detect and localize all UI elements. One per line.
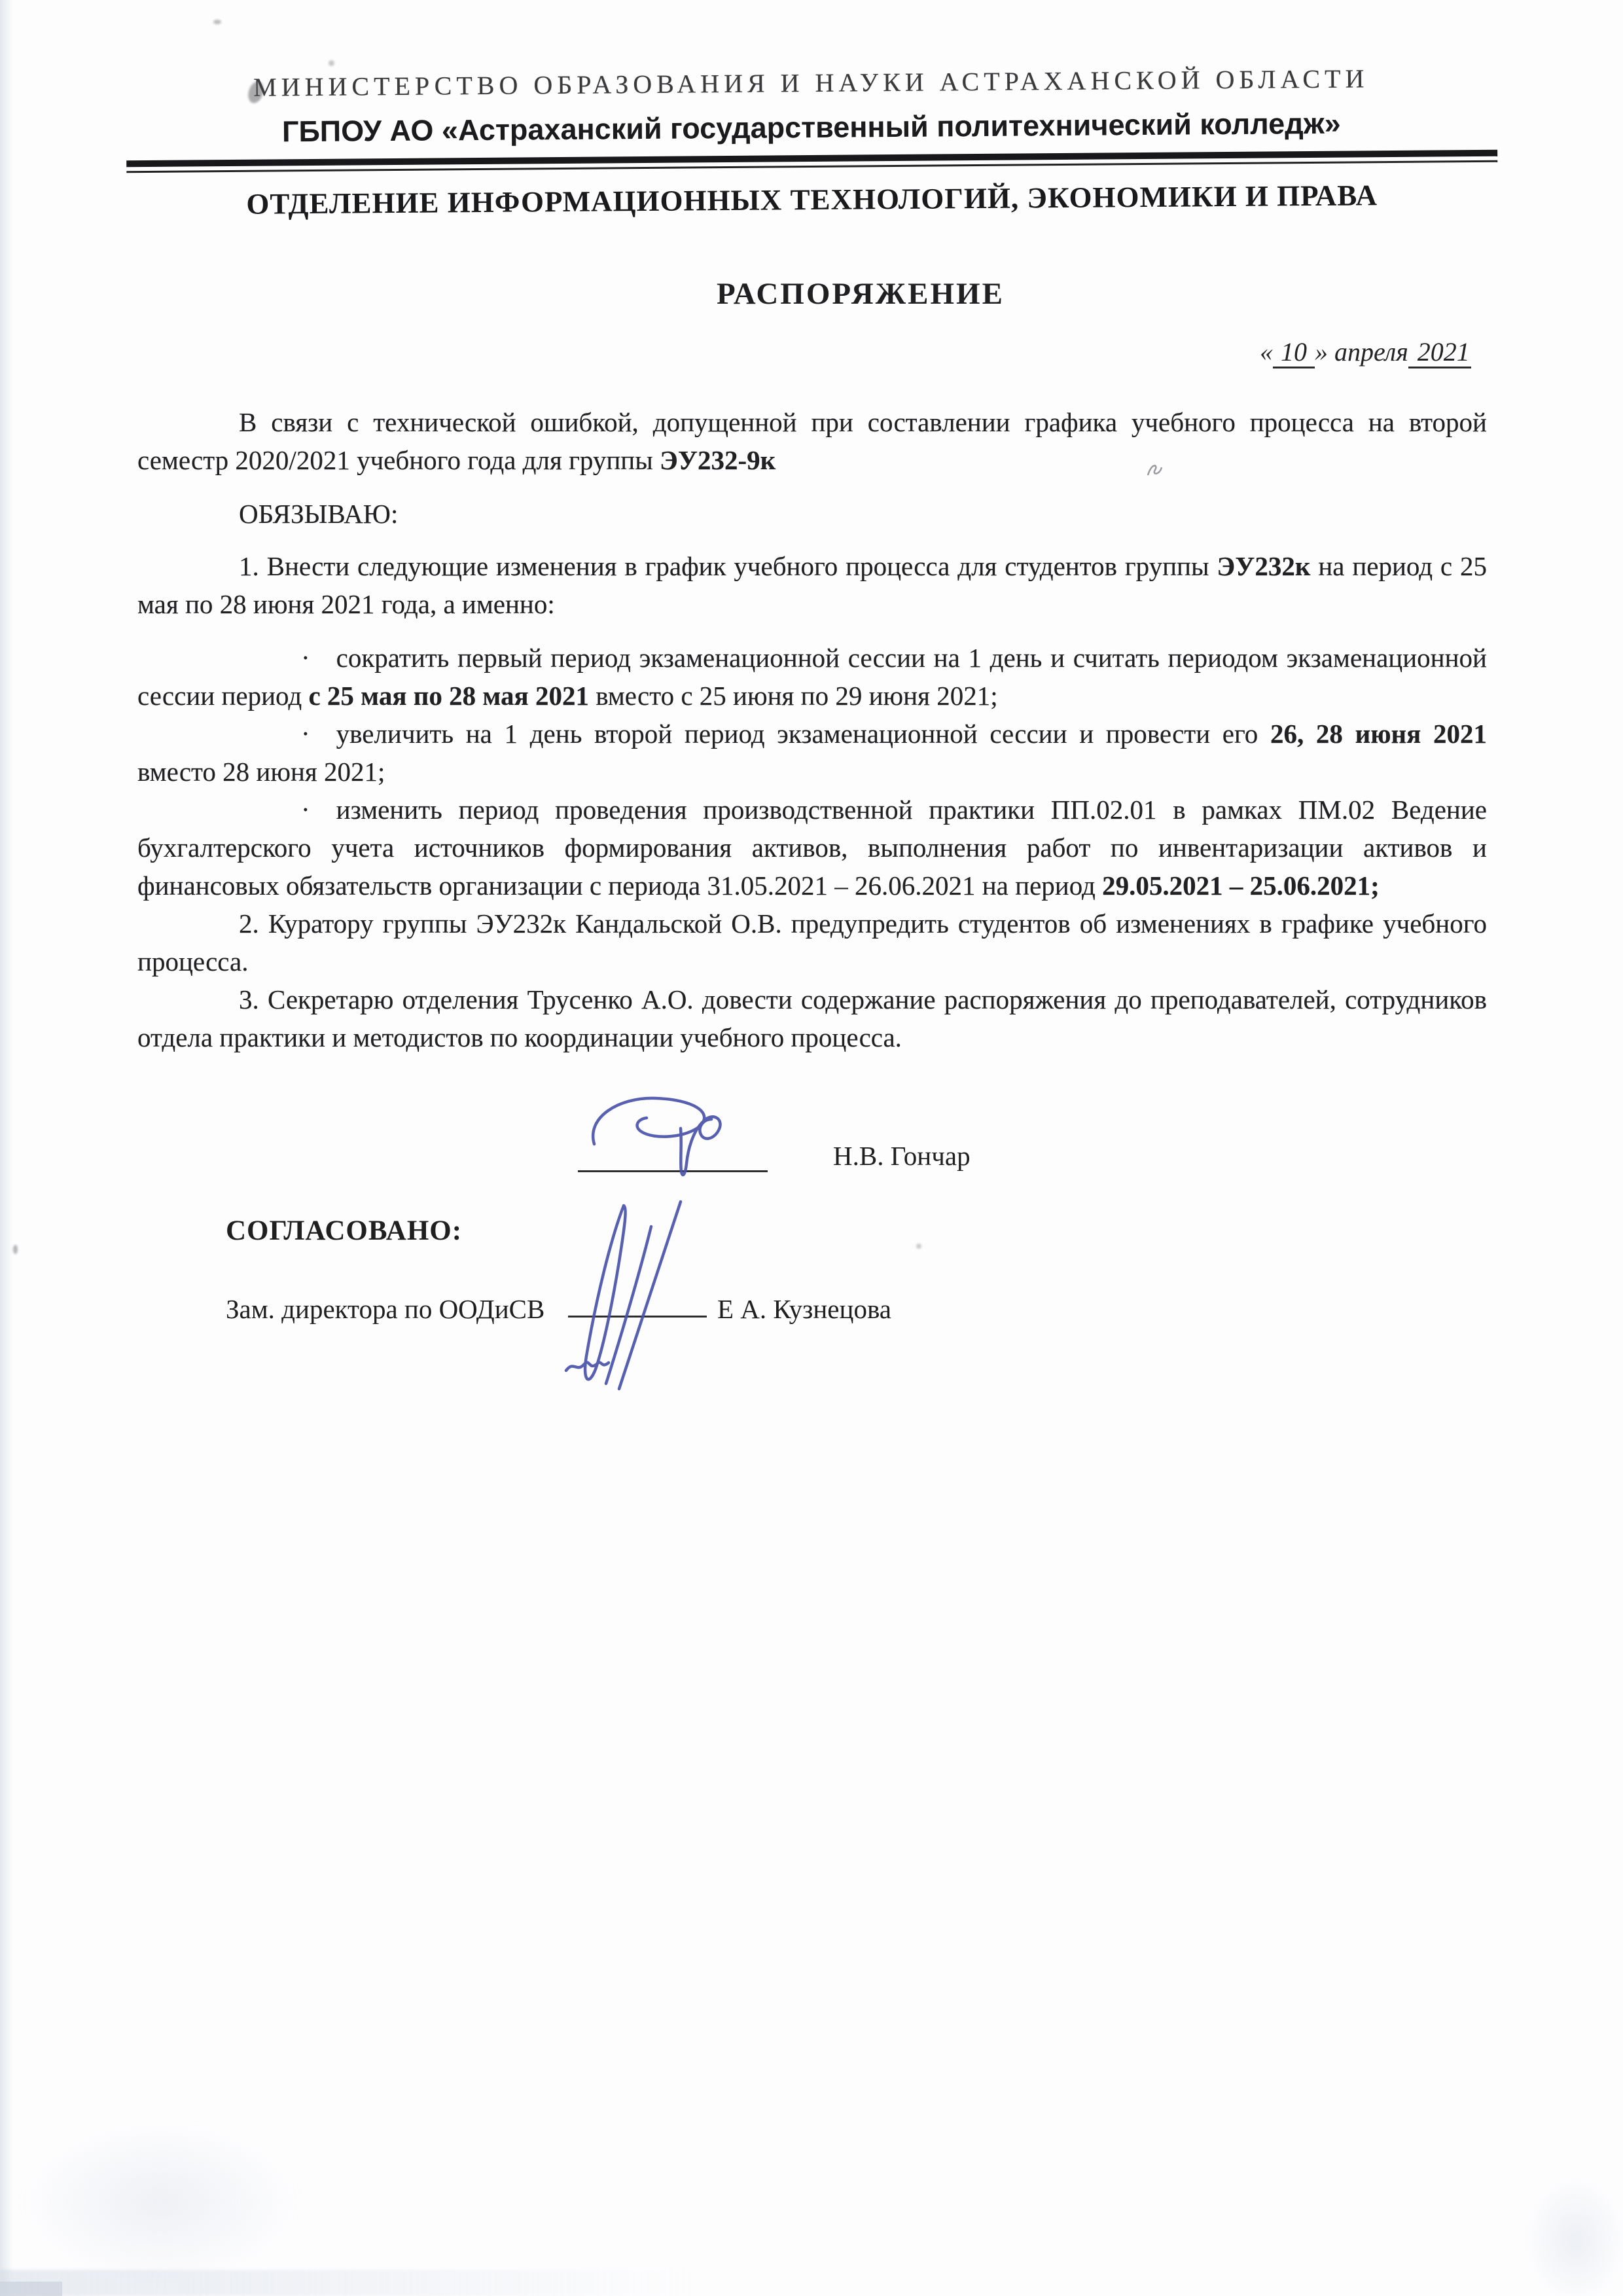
bullet-marker: · — [301, 795, 336, 825]
ministry-line: МИНИСТЕРСТВО ОБРАЗОВАНИЯ И НАУКИ АСТРАХА… — [0, 61, 1622, 105]
group-code: ЭУ232-9к — [660, 445, 776, 475]
college-line: ГБПОУ АО «Астраханский государственный п… — [0, 103, 1623, 152]
date-open-quote: « — [1260, 337, 1273, 367]
scan-speck — [329, 60, 334, 66]
scan-speck — [213, 20, 221, 24]
deputy-name: Е А. Кузнецова — [717, 1293, 891, 1325]
bullet3-period-bold: 29.05.2021 – 25.06.2021; — [1102, 870, 1380, 901]
document-header: МИНИСТЕРСТВО ОБРАЗОВАНИЯ И НАУКИ АСТРАХА… — [0, 61, 1623, 223]
scanned-document-page: МИНИСТЕРСТВО ОБРАЗОВАНИЯ И НАУКИ АСТРАХА… — [0, 0, 1623, 2296]
header-separator — [126, 150, 1497, 173]
date-close-quote: » — [1315, 337, 1328, 367]
bullet2-text-tail: вместо 28 июня 2021; — [137, 757, 385, 787]
order-title: РАСПОРЯЖЕНИЕ — [0, 276, 1623, 312]
bullet-item-2: ·увеличить на 1 день второй период экзам… — [137, 715, 1487, 791]
order-item-2: 2. Куратору группы ЭУ232к Кандальской О.… — [137, 905, 1487, 980]
date-day: 10 — [1273, 337, 1315, 368]
agreed-heading: СОГЛАСОВАНО: — [226, 1215, 462, 1247]
bullet2-period-bold: 26, 28 июня 2021 — [1270, 719, 1487, 749]
scan-bleedthrough-bottom-left — [20, 2121, 301, 2284]
scan-speck — [13, 1245, 18, 1254]
date-month: апреля — [1334, 337, 1408, 367]
scan-speck — [916, 1244, 921, 1249]
intro-text: В связи с технической ошибкой, допущенно… — [137, 407, 1487, 475]
bullet1-text-tail: вместо с 25 июня по 29 июня 2021; — [589, 681, 998, 711]
separator-thick-rule — [126, 150, 1497, 167]
director-signature-line — [578, 1147, 768, 1172]
order-item-3: 3. Секретарю отделения Трусенко А.О. дов… — [137, 980, 1487, 1056]
scan-edge-shadow — [0, 0, 13, 2296]
scan-bleedthrough-bottom-right — [1528, 2179, 1623, 2296]
order-body: В связи с технической ошибкой, допущенно… — [137, 403, 1487, 1056]
order-item-1: 1. Внести следующие изменения в график у… — [137, 547, 1487, 623]
department-line: ОТДЕЛЕНИЕ ИНФОРМАЦИОННЫХ ТЕХНОЛОГИЙ, ЭКО… — [1, 175, 1623, 223]
order-date: «10» апреля2021 — [1260, 336, 1471, 367]
bullet2-text: увеличить на 1 день второй период экзаме… — [336, 719, 1270, 749]
item1-text: 1. Внести следующие изменения в график у… — [239, 551, 1217, 581]
bullet-item-1: ·сократить первый период экзаменационной… — [137, 639, 1487, 715]
director-signature-ink — [582, 1090, 785, 1189]
bullet-marker: · — [301, 643, 336, 673]
bullet-marker: · — [301, 719, 336, 749]
intro-paragraph: В связи с технической ошибкой, допущенно… — [137, 403, 1487, 479]
deputy-role-label: Зам. директора по ООДиСВ — [226, 1293, 544, 1325]
scan-bottom-corner-mark — [0, 2282, 62, 2296]
item1-group-code: ЭУ232к — [1217, 551, 1310, 581]
date-year: 2021 — [1408, 337, 1471, 368]
bullet-item-3: ·изменить период проведения производстве… — [137, 791, 1487, 905]
bullet1-period-bold: с 25 мая по 28 мая 2021 — [308, 681, 588, 711]
scan-bottom-strip — [0, 2270, 694, 2296]
deputy-signature-line — [568, 1295, 707, 1318]
obligation-heading: ОБЯЗЫВАЮ: — [137, 495, 1487, 533]
director-name: Н.В. Гончар — [833, 1140, 971, 1172]
